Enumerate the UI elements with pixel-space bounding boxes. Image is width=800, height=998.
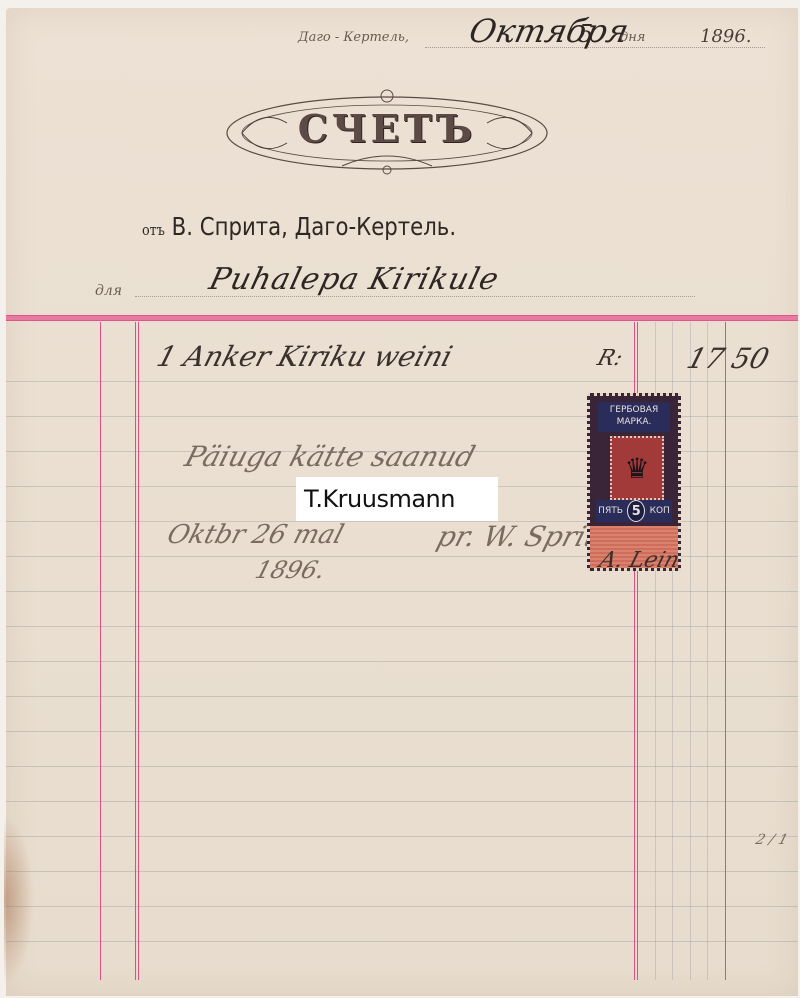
handwritten-month: Октября [466,12,632,50]
printed-year: 1896. [700,26,752,47]
ornamental-title-cartouche: СЧЕТЪ [222,88,552,178]
receipt-date: Oktbr 26 mal [164,520,347,550]
ruled-line [6,696,798,697]
ruled-line [6,906,798,907]
printed-day-suffix: дня [620,30,645,45]
margin-red-rule [100,322,101,980]
stamp-denom-left: ПЯТЬ [598,506,623,516]
stamp-denom-value: 5 [627,500,645,522]
stamp-denom-right: КОП [650,506,670,516]
ruled-line [6,766,798,767]
ruled-line [6,871,798,872]
receipt-year: 1896. [252,556,329,584]
revenue-stamp: ГЕРБОВАЯ МАРКА. ♛ ПЯТЬ 5 КОП [587,393,681,571]
watermark-label: T.Kruusmann [296,477,498,521]
ruled-line [6,731,798,732]
document-title: СЧЕТЪ [222,106,552,151]
recipient-handwritten: Puhalepa Kirikule [206,262,503,297]
water-stain [4,815,34,985]
from-prefix: отъ [142,221,165,239]
receipt-signature: pr. W. Sprit [433,520,601,553]
handwritten-day: 5 [578,20,593,48]
from-line: отъВ. Сприта, Даго-Кертель. [142,212,456,241]
amount-gray-rule [707,322,708,980]
ruled-line [6,941,798,942]
stamp-cancel-signature: A. Lein [596,548,682,573]
margin-note: 2 / 1 [754,832,790,848]
ruled-line [6,801,798,802]
margin-red-rule [138,322,139,980]
ruled-line [6,381,798,382]
double-headed-eagle-icon: ♛ [610,436,664,500]
margin-red-rule [135,322,136,980]
stamp-denomination: ПЯТЬ 5 КОП [596,500,672,522]
amount-red-rule [725,322,726,980]
ruled-line [6,661,798,662]
receipt-note: Päiuga kätte saanud [181,440,479,473]
amount-gray-rule [690,322,691,980]
for-label: для [95,283,122,299]
printed-place: Даго - Кертель, [298,30,409,45]
stamp-title: ГЕРБОВАЯ МАРКА. [598,402,670,432]
ruled-line [6,626,798,627]
line-item-description: 1 Anker Kiriku weini [153,340,456,373]
ruled-line [6,836,798,837]
line-item-amount: 17 50 [683,342,773,375]
top-double-red-rule [6,315,798,321]
ruled-line [6,591,798,592]
from-value: В. Сприта, Даго-Кертель. [172,212,456,241]
